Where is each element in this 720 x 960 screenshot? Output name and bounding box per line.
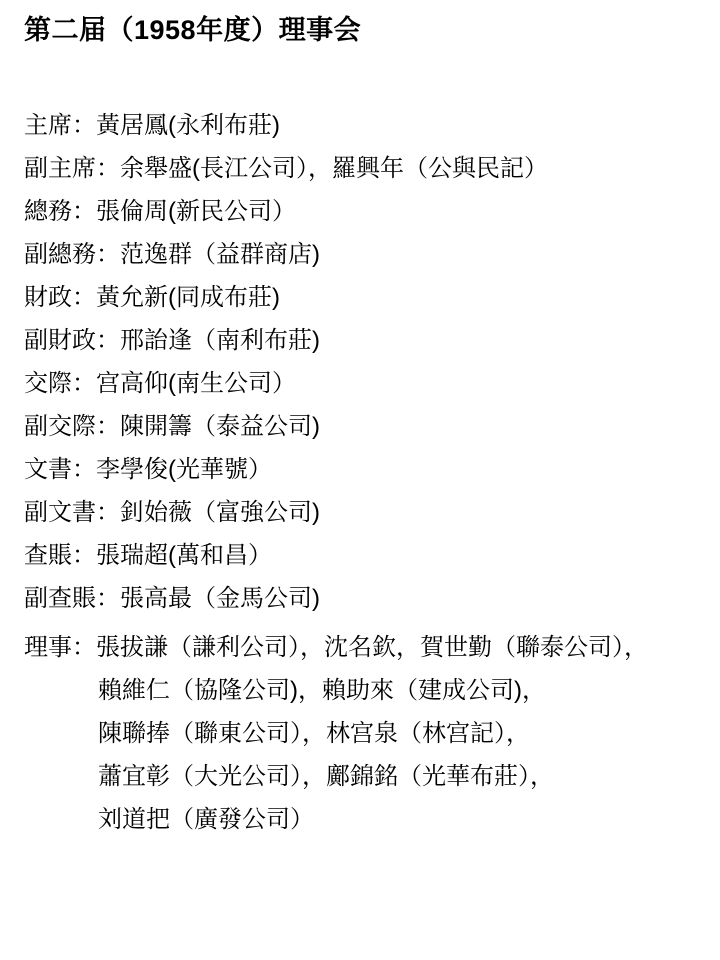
directors-continuation-line: 刘道把（廣發公司） xyxy=(98,798,696,841)
roster-line-secretary: 文書：李學俊(光華號） xyxy=(24,448,696,491)
document-title: 第二届（1958年度）理事会 xyxy=(24,12,696,48)
roster-line-deputy-finance: 副財政：邢詒逢（南利布莊) xyxy=(24,319,696,362)
roster-line-chairman: 主席：黃居鳳(永利布莊) xyxy=(24,104,696,147)
roster-list: 主席：黃居鳳(永利布莊) 副主席：余舉盛(長江公司），羅興年（公與民記） 總務：… xyxy=(24,104,696,620)
directors-continuation-line: 陳聯捧（聯東公司），林宫泉（林宫記）， xyxy=(98,712,696,755)
roster-line-liaison: 交際：宫高仰(南生公司） xyxy=(24,362,696,405)
document-page: 第二届（1958年度）理事会 主席：黃居鳳(永利布莊) 副主席：余舉盛(長江公司… xyxy=(0,0,720,960)
roster-line-vice-chairman: 副主席：余舉盛(長江公司），羅興年（公與民記） xyxy=(24,147,696,190)
roster-line-auditor: 查賬：張瑞超(萬和昌） xyxy=(24,534,696,577)
roster-line-deputy-liaison: 副交際：陳開籌（泰益公司) xyxy=(24,405,696,448)
roster-line-deputy-general-affairs: 副總務：范逸群（益群商店) xyxy=(24,233,696,276)
directors-block: 理事：張拔謙（謙利公司），沈名欽，賀世勤（聯泰公司）， 賴維仁（協隆公司)，賴助… xyxy=(24,626,696,841)
roster-line-general-affairs: 總務：張倫周(新民公司） xyxy=(24,190,696,233)
directors-first-line: 理事：張拔謙（謙利公司），沈名欽，賀世勤（聯泰公司）， xyxy=(24,626,696,669)
directors-continuation-line: 蕭宜彰（大光公司），鄺錦銘（光華布莊）， xyxy=(98,755,696,798)
roster-line-finance: 財政：黃允新(同成布莊) xyxy=(24,276,696,319)
roster-line-deputy-secretary: 副文書：釗始薇（富強公司) xyxy=(24,491,696,534)
roster-line-deputy-auditor: 副查賬：張高最（金馬公司) xyxy=(24,577,696,620)
directors-continuation-line: 賴維仁（協隆公司)，賴助來（建成公司)， xyxy=(98,669,696,712)
